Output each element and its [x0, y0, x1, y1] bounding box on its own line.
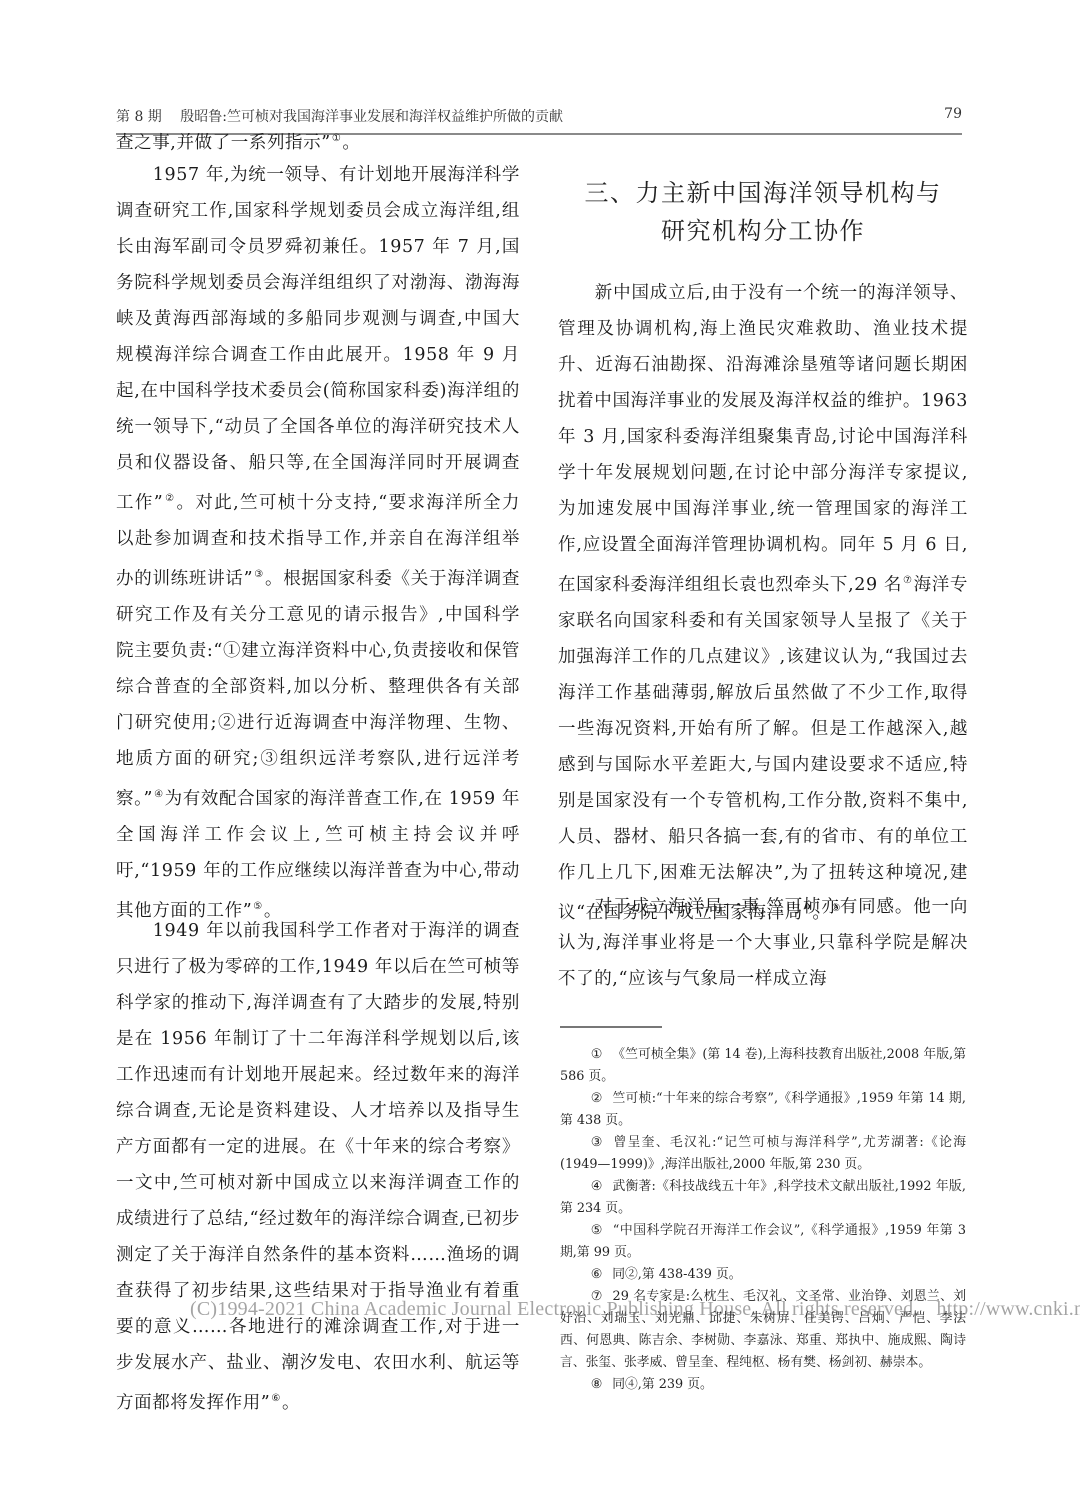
footnote-mark: ② [591, 1091, 603, 1106]
paragraph-zhu-agrees: 对于成立海洋局一事,竺可桢亦有同感。他一向认为,海洋事业将是一个大事业,只靠科学… [558, 889, 968, 997]
footnote-item: ②竺可桢:“十年来的综合考察”,《科学通报》,1959 年第 14 期,第 43… [560, 1088, 966, 1132]
footnote-ref[interactable]: ⑤ [253, 901, 263, 912]
paragraph-text: 为有效配合国家的海洋普查工作,在 1959 年全国海洋工作会议上,竺可桢主持会议… [116, 789, 520, 921]
footnote-text: 武衡著:《科技战线五十年》,科学技术文献出版社,1992 年版,第 234 页。 [560, 1179, 966, 1216]
section-heading-line2: 研究机构分工协作 [558, 212, 968, 250]
footnote-text: 29 名专家是:么枕生、毛汉礼、文圣常、业治铮、刘恩兰、刘好治、刘瑞玉、刘光鼎、… [560, 1289, 966, 1370]
footnote-ref[interactable]: ④ [154, 789, 164, 800]
paragraph-text: 查之事,并做了一系列指示” [116, 133, 331, 153]
paragraph-continuation: 查之事,并做了一系列指示”①。 [116, 121, 520, 161]
footnote-mark: ⑥ [591, 1267, 602, 1282]
section-heading: 三、力主新中国海洋领导机构与 研究机构分工协作 [558, 174, 968, 250]
footnote-item: ⑧同④,第 239 页。 [560, 1374, 966, 1396]
footnote-mark: ① [591, 1047, 603, 1062]
footnote-text: 曾呈奎、毛汉礼:“记竺可桢与海洋科学”,尤芳湖著:《论海(1949—1999)》… [560, 1135, 966, 1172]
footnote-item: ⑦29 名专家是:么枕生、毛汉礼、文圣常、业治铮、刘恩兰、刘好治、刘瑞玉、刘光鼎… [560, 1286, 966, 1374]
footnote-item: ④武衡著:《科技战线五十年》,科学技术文献出版社,1992 年版,第 234 页… [560, 1176, 966, 1220]
footnote-text: 同②,第 438-439 页。 [612, 1267, 741, 1282]
footnote-text: 《竺可桢全集》(第 14 卷),上海科技教育出版社,2008 年版,第 586 … [560, 1047, 966, 1084]
footnote-mark: ④ [591, 1179, 603, 1194]
footnote-item: ③曾呈奎、毛汉礼:“记竺可桢与海洋科学”,尤芳湖著:《论海(1949—1999)… [560, 1132, 966, 1176]
section-heading-line1: 三、力主新中国海洋领导机构与 [558, 174, 968, 212]
footnote-text: 同④,第 239 页。 [612, 1377, 713, 1392]
footnote-mark: ⑤ [591, 1223, 603, 1238]
footnote-ref[interactable]: ⑥ [271, 1393, 281, 1404]
paragraph-text: 。根据国家科委《关于海洋调查研究工作及有关分工意见的请示报告》,中国科学院主要负… [116, 569, 520, 809]
footnote-item: ⑤“中国科学院召开海洋工作会议”,《科学通报》,1959 年第 3 期,第 99… [560, 1220, 966, 1264]
paragraph-1957-survey: 1957 年,为统一领导、有计划地开展海洋科学调查研究工作,国家科学规划委员会成… [116, 157, 520, 929]
footnote-item: ①《竺可桢全集》(第 14 卷),上海科技教育出版社,2008 年版,第 586… [560, 1044, 966, 1088]
footnote-ref[interactable]: ⑦ [903, 575, 913, 586]
paragraph-1949-survey: 1949 年以前我国科学工作者对于海洋的调查只进行了极为零碎的工作,1949 年… [116, 913, 520, 1421]
footnote-ref[interactable]: ① [332, 133, 342, 144]
footnote-text: “中国科学院召开海洋工作会议”,《科学通报》,1959 年第 3 期,第 99 … [560, 1223, 966, 1260]
paragraph-ocean-bureau: 新中国成立后,由于没有一个统一的海洋领导、管理及协调机构,海上渔民灾难救助、渔业… [558, 275, 968, 931]
footnote-mark: ⑧ [591, 1377, 602, 1392]
paragraph-text: 。 [342, 133, 360, 153]
footnote-item: ⑥同②,第 438-439 页。 [560, 1264, 966, 1286]
paragraph-text: 新中国成立后,由于没有一个统一的海洋领导、管理及协调机构,海上渔民灾难救助、渔业… [558, 283, 968, 595]
footnote-text: 竺可桢:“十年来的综合考察”,《科学通报》,1959 年第 14 期,第 438… [560, 1091, 966, 1128]
paragraph-text: 海洋专家联名向国家科委和有关国家领导人呈报了《关于加强海洋工作的几点建议》,该建… [558, 575, 968, 923]
page-number: 79 [944, 106, 962, 122]
paragraph-text: 1957 年,为统一领导、有计划地开展海洋科学调查研究工作,国家科学规划委员会成… [116, 165, 520, 513]
paragraph-text: 。 [282, 1393, 300, 1413]
paragraph-text: 对于成立海洋局一事,竺可桢亦有同感。他一向认为,海洋事业将是一个大事业,只靠科学… [558, 897, 968, 989]
footnotes: ①《竺可桢全集》(第 14 卷),上海科技教育出版社,2008 年版,第 586… [560, 1044, 966, 1396]
footnote-ref[interactable]: ② [164, 493, 175, 504]
footnote-mark: ③ [591, 1135, 604, 1150]
footnote-divider [560, 1026, 662, 1028]
footnote-ref[interactable]: ③ [254, 569, 264, 580]
footnote-mark: ⑦ [591, 1289, 603, 1304]
paragraph-text: 1949 年以前我国科学工作者对于海洋的调查只进行了极为零碎的工作,1949 年… [116, 921, 520, 1413]
